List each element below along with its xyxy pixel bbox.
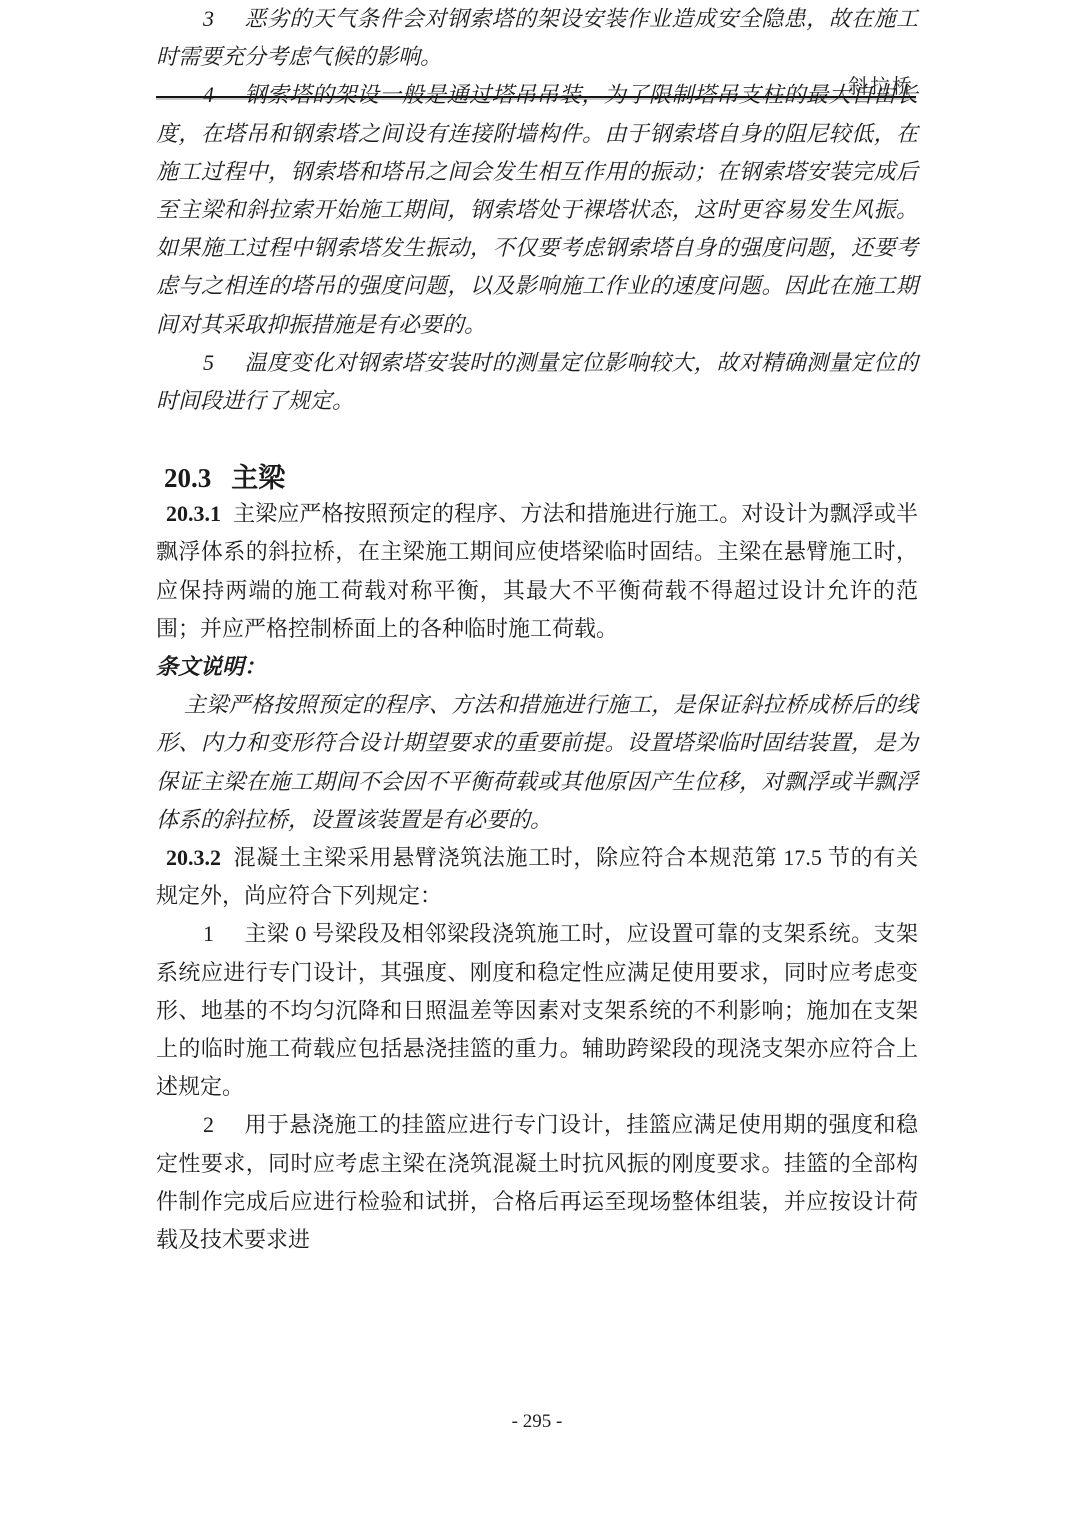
item-number: 3 (203, 6, 244, 31)
item-text: 钢索塔的架设一般是通过塔吊吊装，为了限制塔吊支柱的最大自由长度，在塔吊和钢索塔之… (156, 82, 918, 336)
item-text: 用于悬浇施工的挂篮应进行专门设计，挂篮应满足使用期的强度和稳定性要求，同时应考虑… (156, 1112, 918, 1252)
page-content: 3恶劣的天气条件会对钢索塔的架设安装作业造成安全隐患，故在施工时需要充分考虑气候… (156, 0, 918, 1259)
item-number: 5 (203, 350, 244, 375)
item-text: 主梁 0 号梁段及相邻梁段浇筑施工时，应设置可靠的支架系统。支架系统应进行专门设… (156, 921, 918, 1099)
commentary-heading: 条文说明： (156, 648, 918, 686)
item-text: 恶劣的天气条件会对钢索塔的架设安装作业造成安全隐患，故在施工时需要充分考虑气候的… (156, 6, 918, 69)
commentary-text: 主梁严格按照预定的程序、方法和措施进行施工，是保证斜拉桥成桥后的线形、内力和变形… (156, 686, 918, 839)
section-title: 主梁 (231, 463, 285, 493)
commentary-item-4: 4钢索塔的架设一般是通过塔吊吊装，为了限制塔吊支柱的最大自由长度，在塔吊和钢索塔… (156, 76, 918, 343)
clause-number: 20.3.2 (166, 845, 233, 870)
document-page: 斜拉桥 3恶劣的天气条件会对钢索塔的架设安装作业造成安全隐患，故在施工时需要充分… (0, 0, 1074, 1520)
page-footer: - 295 - (0, 1411, 1074, 1433)
clause-text: 主梁应严格按照预定的程序、方法和措施进行施工。对设计为飘浮或半飘浮体系的斜拉桥，… (156, 501, 918, 641)
clause-number: 20.3.1 (166, 501, 233, 526)
clause-20-3-2: 20.3.2混凝土主梁采用悬臂浇筑法施工时，除应符合本规范第 17.5 节的有关… (156, 839, 918, 915)
item-number: 4 (203, 82, 244, 107)
commentary-item-3: 3恶劣的天气条件会对钢索塔的架设安装作业造成安全隐患，故在施工时需要充分考虑气候… (156, 0, 918, 76)
commentary-item-5: 5温度变化对钢索塔安装时的测量定位影响较大，故对精确测量定位的时间段进行了规定。 (156, 344, 918, 420)
clause-item-2: 2用于悬浇施工的挂篮应进行专门设计，挂篮应满足使用期的强度和稳定性要求，同时应考… (156, 1106, 918, 1259)
item-number: 1 (203, 921, 244, 946)
item-text: 温度变化对钢索塔安装时的测量定位影响较大，故对精确测量定位的时间段进行了规定。 (156, 350, 918, 413)
section-heading: 20.3主梁 (164, 461, 918, 495)
page-number: - 295 - (512, 1411, 563, 1432)
clause-text: 混凝土主梁采用悬臂浇筑法施工时，除应符合本规范第 17.5 节的有关规定外，尚应… (156, 845, 918, 908)
clause-20-3-1: 20.3.1主梁应严格按照预定的程序、方法和措施进行施工。对设计为飘浮或半飘浮体… (156, 495, 918, 648)
section-number: 20.3 (164, 463, 211, 493)
clause-item-1: 1主梁 0 号梁段及相邻梁段浇筑施工时，应设置可靠的支架系统。支架系统应进行专门… (156, 915, 918, 1106)
item-number: 2 (203, 1112, 244, 1137)
